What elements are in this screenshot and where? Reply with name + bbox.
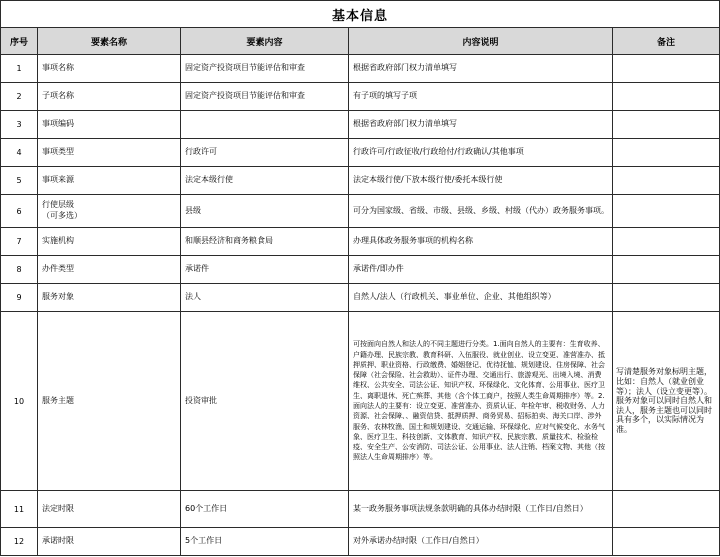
table-row: 8 办件类型 承诺件 承诺件/即办件 bbox=[1, 256, 720, 284]
basic-info-table: 基本信息 序号 要素名称 要素内容 内容说明 备注 1 事项名称 固定资产投资项… bbox=[0, 0, 720, 556]
page-title: 基本信息 bbox=[1, 1, 720, 28]
column-header-note: 备注 bbox=[613, 28, 720, 55]
cell-no: 4 bbox=[1, 139, 38, 167]
cell-note bbox=[613, 491, 720, 528]
cell-note bbox=[613, 195, 720, 228]
cell-desc: 可分为国家级、省级、市级、县级、乡级、村级（代办）政务服务事项。 bbox=[349, 195, 613, 228]
table-row: 5 事项来源 法定本级行使 法定本级行使/下放本级行使/委托本级行使 bbox=[1, 167, 720, 195]
table-row: 9 服务对象 法人 自然人/法人（行政机关、事业单位、企业、其他组织等） bbox=[1, 284, 720, 312]
table-row: 12 承诺时限 5个工作日 对外承诺办结时限（工作日/自然日） bbox=[1, 528, 720, 556]
cell-desc: 根据省政府部门权力清单填写 bbox=[349, 111, 613, 139]
column-header-content: 要素内容 bbox=[181, 28, 349, 55]
cell-name: 实施机构 bbox=[38, 228, 181, 256]
cell-content: 法人 bbox=[181, 284, 349, 312]
column-header-name: 要素名称 bbox=[38, 28, 181, 55]
cell-note bbox=[613, 55, 720, 83]
cell-name: 行使层级 （可多选） bbox=[38, 195, 181, 228]
cell-note bbox=[613, 228, 720, 256]
cell-desc: 办理具体政务服务事项的机构名称 bbox=[349, 228, 613, 256]
cell-name: 事项名称 bbox=[38, 55, 181, 83]
title-row: 基本信息 bbox=[1, 1, 720, 28]
cell-note bbox=[613, 167, 720, 195]
cell-name: 办件类型 bbox=[38, 256, 181, 284]
cell-desc: 对外承诺办结时限（工作日/自然日） bbox=[349, 528, 613, 556]
column-header-desc: 内容说明 bbox=[349, 28, 613, 55]
cell-name: 服务主题 bbox=[38, 312, 181, 491]
cell-name: 子项名称 bbox=[38, 83, 181, 111]
column-header-no: 序号 bbox=[1, 28, 38, 55]
cell-content: 县级 bbox=[181, 195, 349, 228]
cell-desc: 行政许可/行政征收/行政给付/行政确认/其他事项 bbox=[349, 139, 613, 167]
cell-content: 固定资产投资项目节能评估和审查 bbox=[181, 83, 349, 111]
cell-desc: 自然人/法人（行政机关、事业单位、企业、其他组织等） bbox=[349, 284, 613, 312]
cell-note bbox=[613, 83, 720, 111]
cell-desc: 法定本级行使/下放本级行使/委托本级行使 bbox=[349, 167, 613, 195]
table-row: 11 法定时限 60个工作日 某一政务服务事项法规条款明确的具体办结时限（工作日… bbox=[1, 491, 720, 528]
table-row: 3 事项编码 根据省政府部门权力清单填写 bbox=[1, 111, 720, 139]
cell-no: 2 bbox=[1, 83, 38, 111]
cell-no: 10 bbox=[1, 312, 38, 491]
cell-desc: 根据省政府部门权力清单填写 bbox=[349, 55, 613, 83]
cell-content: 固定资产投资项目节能评估和审查 bbox=[181, 55, 349, 83]
column-header-row: 序号 要素名称 要素内容 内容说明 备注 bbox=[1, 28, 720, 55]
cell-no: 9 bbox=[1, 284, 38, 312]
cell-no: 11 bbox=[1, 491, 38, 528]
cell-note bbox=[613, 528, 720, 556]
cell-name: 法定时限 bbox=[38, 491, 181, 528]
cell-note bbox=[613, 256, 720, 284]
cell-desc: 承诺件/即办件 bbox=[349, 256, 613, 284]
cell-note: 写清楚服务对象标明主题，比如：自然人（就业创业等）；法人（设立变更等）。服务对象… bbox=[613, 312, 720, 491]
cell-no: 3 bbox=[1, 111, 38, 139]
table-row: 7 实施机构 和顺县经济和商务粮食局 办理具体政务服务事项的机构名称 bbox=[1, 228, 720, 256]
cell-note bbox=[613, 111, 720, 139]
basic-info-sheet: 基本信息 序号 要素名称 要素内容 内容说明 备注 1 事项名称 固定资产投资项… bbox=[0, 0, 720, 557]
cell-content: 行政许可 bbox=[181, 139, 349, 167]
cell-content: 法定本级行使 bbox=[181, 167, 349, 195]
table-row: 1 事项名称 固定资产投资项目节能评估和审查 根据省政府部门权力清单填写 bbox=[1, 55, 720, 83]
table-row: 10 服务主题 投资审批 可按面向自然人和法人的不同主题进行分类。1.面向自然人… bbox=[1, 312, 720, 491]
table-row: 6 行使层级 （可多选） 县级 可分为国家级、省级、市级、县级、乡级、村级（代办… bbox=[1, 195, 720, 228]
cell-name: 事项来源 bbox=[38, 167, 181, 195]
cell-content: 和顺县经济和商务粮食局 bbox=[181, 228, 349, 256]
cell-no: 7 bbox=[1, 228, 38, 256]
table-row: 2 子项名称 固定资产投资项目节能评估和审查 有子项的填写子项 bbox=[1, 83, 720, 111]
cell-name: 事项编码 bbox=[38, 111, 181, 139]
cell-desc: 有子项的填写子项 bbox=[349, 83, 613, 111]
cell-desc: 可按面向自然人和法人的不同主题进行分类。1.面向自然人的主要有：生育收养、户籍办… bbox=[349, 312, 613, 491]
cell-no: 6 bbox=[1, 195, 38, 228]
cell-no: 12 bbox=[1, 528, 38, 556]
cell-content: 5个工作日 bbox=[181, 528, 349, 556]
cell-content: 60个工作日 bbox=[181, 491, 349, 528]
cell-no: 5 bbox=[1, 167, 38, 195]
cell-name: 服务对象 bbox=[38, 284, 181, 312]
cell-no: 1 bbox=[1, 55, 38, 83]
cell-no: 8 bbox=[1, 256, 38, 284]
cell-content bbox=[181, 111, 349, 139]
cell-note bbox=[613, 284, 720, 312]
cell-note bbox=[613, 139, 720, 167]
cell-name: 事项类型 bbox=[38, 139, 181, 167]
cell-content: 承诺件 bbox=[181, 256, 349, 284]
cell-content: 投资审批 bbox=[181, 312, 349, 491]
table-row: 4 事项类型 行政许可 行政许可/行政征收/行政给付/行政确认/其他事项 bbox=[1, 139, 720, 167]
cell-name: 承诺时限 bbox=[38, 528, 181, 556]
cell-desc: 某一政务服务事项法规条款明确的具体办结时限（工作日/自然日） bbox=[349, 491, 613, 528]
